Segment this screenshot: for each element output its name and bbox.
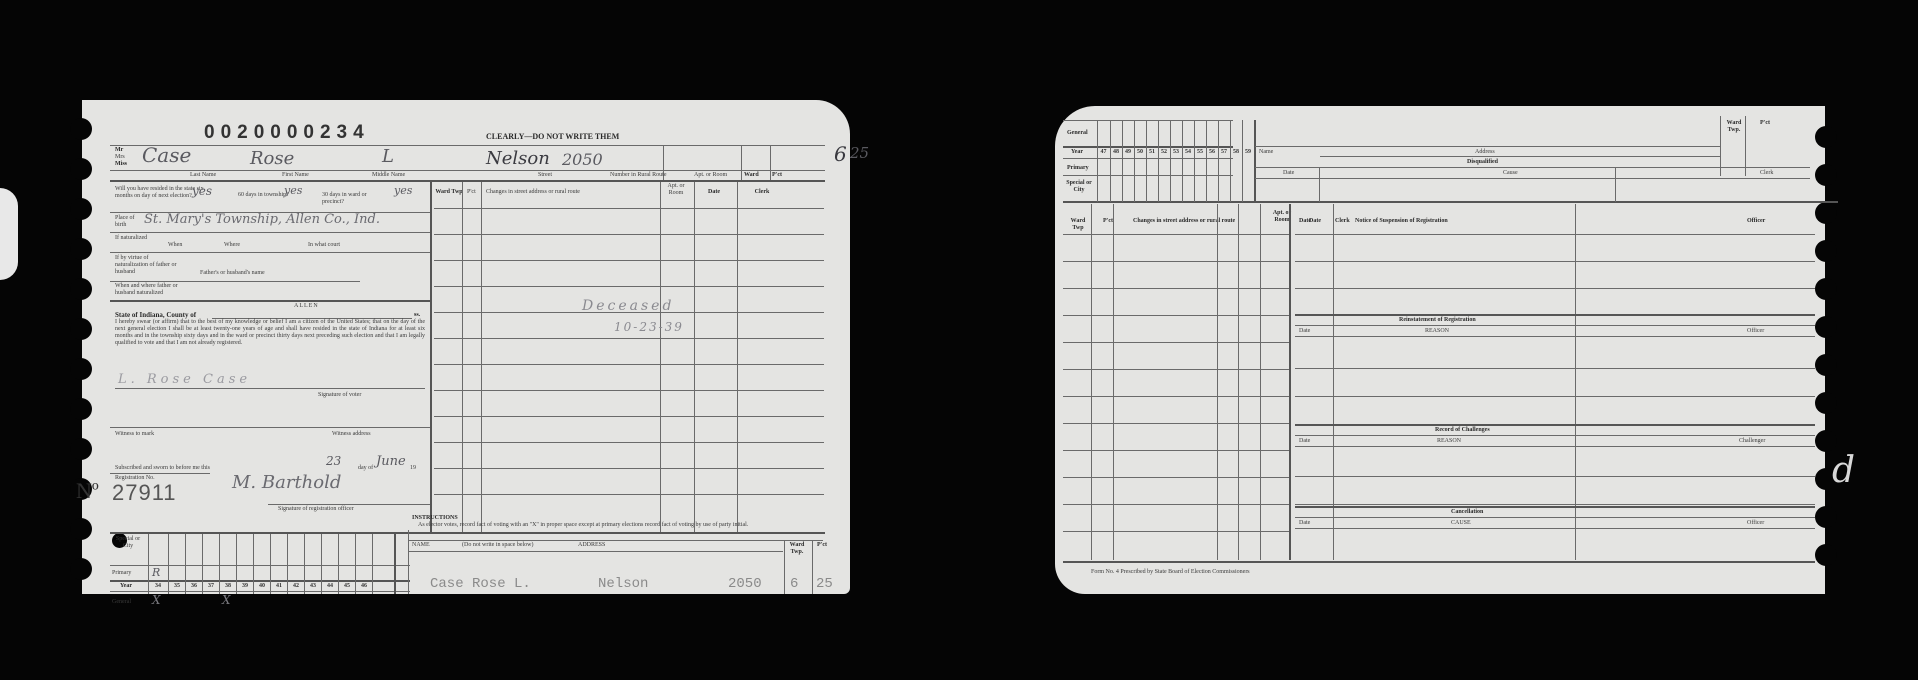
rule bbox=[812, 540, 813, 594]
rule bbox=[110, 252, 430, 253]
rule bbox=[1063, 120, 1233, 121]
rule bbox=[110, 170, 825, 171]
rule bbox=[1170, 120, 1171, 202]
year-55: 55 bbox=[1194, 149, 1206, 155]
rule bbox=[430, 182, 432, 532]
rule bbox=[1295, 288, 1815, 289]
rule bbox=[1295, 517, 1815, 518]
first-name-value: Rose bbox=[250, 148, 294, 169]
instructions-name-label: NAME bbox=[412, 542, 430, 549]
table-row-divider bbox=[434, 286, 824, 287]
year-48: 48 bbox=[1110, 149, 1122, 155]
rule bbox=[408, 551, 783, 552]
reinstatement-reason-label: REASON bbox=[1425, 328, 1449, 335]
rule bbox=[1255, 167, 1810, 168]
table-row-divider bbox=[1063, 369, 1289, 370]
rule bbox=[1242, 120, 1243, 202]
rule bbox=[1063, 146, 1233, 148]
card-notch bbox=[1815, 544, 1837, 566]
table-row-divider bbox=[434, 208, 824, 209]
year-40: 40 bbox=[255, 583, 269, 589]
rule bbox=[1254, 120, 1256, 202]
rule bbox=[1295, 368, 1815, 369]
first-name-label: First Name bbox=[282, 172, 309, 179]
pct-value: 25 bbox=[850, 144, 869, 162]
naturalized-label: If naturalized bbox=[115, 235, 151, 242]
rule bbox=[1615, 167, 1616, 202]
reinstatement-officer-label: Officer bbox=[1747, 328, 1764, 335]
year-52: 52 bbox=[1158, 149, 1170, 155]
pct-label: P'ct bbox=[772, 172, 782, 179]
rule bbox=[1113, 204, 1114, 560]
voter-signature-label: Signature of voter bbox=[318, 392, 361, 399]
changes-header-date: Date bbox=[698, 189, 730, 196]
rule bbox=[1295, 234, 1815, 235]
number-label: Number in Rural Route bbox=[610, 172, 667, 179]
changes-header-address: Changes in street address or rural route bbox=[486, 189, 580, 196]
table-row-divider bbox=[1063, 531, 1289, 532]
father-naturalized-label: When and where father or husband natural… bbox=[115, 283, 197, 297]
challenges-reason-label: REASON bbox=[1437, 438, 1461, 445]
rule bbox=[1295, 314, 1815, 316]
instructions-title: INSTRUCTIONS bbox=[412, 515, 458, 522]
voting-row-year: Year bbox=[1071, 149, 1083, 156]
rule bbox=[168, 534, 169, 594]
state-county-label: State of Indiana, County of bbox=[115, 311, 196, 319]
changes-header-clerk: Clerk bbox=[742, 189, 782, 196]
rule bbox=[1063, 561, 1815, 563]
rule bbox=[110, 532, 825, 534]
rule bbox=[110, 180, 825, 182]
table-row-divider bbox=[1063, 423, 1289, 424]
changes-header-pct: P'ct bbox=[1103, 218, 1113, 225]
rule bbox=[1295, 504, 1815, 505]
year-47: 47 bbox=[1097, 149, 1110, 155]
card-notch bbox=[70, 398, 92, 420]
birth-label: Place of birth bbox=[115, 215, 145, 229]
number-value: 2050 bbox=[562, 150, 603, 169]
year-43: 43 bbox=[306, 583, 320, 589]
cancellation-cause-label: CAUSE bbox=[1451, 520, 1471, 527]
changes-header-ward: Ward Twp bbox=[1065, 218, 1091, 232]
suspension-officer-label: Officer bbox=[1747, 218, 1765, 225]
rule bbox=[1097, 120, 1098, 202]
year-54: 54 bbox=[1182, 149, 1194, 155]
voting-row-special: Special or City bbox=[112, 536, 144, 550]
card-notch bbox=[1815, 430, 1837, 452]
rule bbox=[408, 540, 823, 541]
typed-street: Nelson bbox=[598, 576, 648, 592]
year-57: 57 bbox=[1218, 149, 1230, 155]
table-row-divider bbox=[434, 234, 824, 235]
challenges-challenger-label: Challenger bbox=[1739, 438, 1765, 445]
instructions-pct-label: P'ct bbox=[817, 542, 827, 549]
disqualified-cause-label: Cause bbox=[1503, 170, 1518, 177]
rule bbox=[268, 504, 430, 505]
rule bbox=[1295, 261, 1815, 262]
oath-text: I hereby swear (or affirm) that to the b… bbox=[115, 319, 425, 347]
card-notch bbox=[70, 118, 92, 140]
instructions-address-label: ADDRESS bbox=[578, 542, 605, 549]
rule bbox=[770, 145, 771, 180]
registration-number: 27911 bbox=[112, 480, 177, 506]
general-mark-34: X bbox=[152, 593, 161, 607]
rule bbox=[1295, 435, 1815, 436]
typed-name: Case Rose L. bbox=[430, 576, 531, 592]
rule bbox=[110, 580, 410, 582]
witness-label: Witness to mark bbox=[115, 431, 154, 438]
rule bbox=[253, 534, 254, 594]
card-notch bbox=[1815, 506, 1837, 528]
title-miss: Miss bbox=[115, 161, 127, 168]
card-notch bbox=[70, 278, 92, 300]
year-56: 56 bbox=[1206, 149, 1218, 155]
table-row-divider bbox=[434, 416, 824, 417]
rule bbox=[148, 534, 149, 594]
rule bbox=[1230, 120, 1231, 202]
rule bbox=[202, 534, 203, 594]
rule bbox=[1260, 204, 1261, 560]
serial-stamp: 0020000234 bbox=[204, 122, 370, 144]
challenges-date-label: Date bbox=[1299, 438, 1310, 445]
rule bbox=[355, 534, 356, 594]
changes-header-ward: Ward Twp bbox=[434, 189, 464, 196]
year-39: 39 bbox=[238, 583, 252, 589]
rule bbox=[1218, 120, 1219, 202]
card-notch bbox=[70, 358, 92, 380]
year-49: 49 bbox=[1122, 149, 1134, 155]
rule bbox=[1182, 120, 1183, 202]
rule bbox=[110, 232, 430, 233]
rule bbox=[1319, 167, 1320, 202]
sworn-month: June bbox=[376, 454, 406, 469]
ss-label: ss. bbox=[414, 312, 420, 319]
year-42: 42 bbox=[289, 583, 303, 589]
rule bbox=[1091, 204, 1092, 560]
year-51: 51 bbox=[1146, 149, 1158, 155]
ward-answer: yes bbox=[394, 184, 412, 197]
ward-question: 30 days in ward or precinct? bbox=[322, 192, 384, 206]
voting-row-general: General bbox=[112, 599, 131, 606]
rule bbox=[236, 534, 237, 594]
typed-pct: 25 bbox=[816, 576, 833, 592]
middle-name-label: Middle Name bbox=[372, 172, 405, 179]
rule bbox=[1295, 336, 1815, 337]
rule bbox=[1295, 325, 1815, 326]
rule bbox=[115, 388, 425, 389]
general-mark-38: X bbox=[222, 593, 231, 607]
instructions-ward-label: Ward Twp. bbox=[787, 542, 807, 556]
year-38: 38 bbox=[221, 583, 235, 589]
rule bbox=[185, 534, 186, 594]
rule bbox=[1295, 506, 1815, 508]
table-row-divider bbox=[434, 494, 824, 495]
disqualified-date-label: Date bbox=[1283, 170, 1294, 177]
table-row-divider bbox=[434, 442, 824, 443]
street-value: Nelson bbox=[486, 148, 550, 169]
table-row-divider bbox=[1063, 261, 1289, 262]
card-notch bbox=[70, 438, 92, 460]
last-name-label: Last Name bbox=[190, 172, 216, 179]
year-59: 59 bbox=[1242, 149, 1254, 155]
year-44: 44 bbox=[323, 583, 337, 589]
rule bbox=[1295, 424, 1815, 426]
table-row-divider bbox=[1063, 288, 1289, 289]
year-53: 53 bbox=[1170, 149, 1182, 155]
cancellation-title: Cancellation bbox=[1451, 509, 1483, 516]
changes-header-clerk: Clerk bbox=[1335, 218, 1350, 225]
table-row-divider bbox=[1063, 477, 1289, 478]
voting-row-primary: Primary bbox=[112, 570, 131, 577]
naturalized-where-label: Where bbox=[224, 242, 240, 249]
address-label: Address bbox=[1475, 149, 1495, 156]
form-footer: Form No. 4 Prescribed by State Board of … bbox=[1091, 569, 1250, 576]
voter-signature: L. Rose Case bbox=[118, 372, 251, 387]
title-mr: Mr bbox=[115, 147, 123, 154]
cancellation-date-label: Date bbox=[1299, 520, 1310, 527]
suspension-title: Notice of Suspension of Registration bbox=[1355, 218, 1448, 225]
rule bbox=[1295, 446, 1815, 447]
rule bbox=[219, 534, 220, 594]
birth-value: St. Mary's Township, Allen Co., Ind. bbox=[144, 212, 380, 227]
rule bbox=[110, 473, 210, 474]
last-name-value: Case bbox=[142, 143, 191, 167]
rule bbox=[1146, 120, 1147, 202]
rule bbox=[110, 300, 430, 302]
disqualified-clerk-label: Clerk bbox=[1760, 170, 1773, 177]
year-58: 58 bbox=[1230, 149, 1242, 155]
county-value: ALLEN bbox=[294, 303, 319, 310]
typed-number: 2050 bbox=[728, 576, 762, 592]
instructions-do-not-write: (Do not write in space below) bbox=[462, 542, 533, 549]
rule bbox=[1295, 396, 1815, 397]
change-entry-date: 10-23-39 bbox=[614, 320, 684, 334]
rule bbox=[110, 591, 410, 592]
rule bbox=[1134, 120, 1135, 202]
rule bbox=[1206, 120, 1207, 202]
rule bbox=[1194, 120, 1195, 202]
witness-address-label: Witness address bbox=[332, 431, 371, 438]
officer-signature-label: Signature of registration officer bbox=[278, 506, 354, 513]
year-41: 41 bbox=[272, 583, 286, 589]
rule bbox=[1158, 120, 1159, 202]
table-row-divider bbox=[1063, 342, 1289, 343]
rule bbox=[1320, 156, 1720, 157]
rule bbox=[1255, 146, 1720, 147]
card-notch bbox=[70, 318, 92, 340]
rule bbox=[1122, 120, 1123, 202]
table-row-divider bbox=[434, 468, 824, 469]
rule bbox=[1238, 204, 1239, 560]
card-notch bbox=[1815, 316, 1837, 338]
rule bbox=[270, 534, 271, 594]
table-row-divider bbox=[434, 390, 824, 391]
card-notch bbox=[70, 198, 92, 220]
table-row-divider bbox=[1063, 504, 1289, 505]
card-notch bbox=[1815, 164, 1837, 186]
suspension-date-label: Date bbox=[1299, 218, 1311, 225]
naturalized-when-label: When bbox=[168, 242, 182, 249]
rule bbox=[372, 534, 373, 594]
table-row-divider bbox=[434, 338, 824, 339]
rule bbox=[338, 534, 339, 594]
voting-row-special: Special or City bbox=[1065, 180, 1093, 194]
reinstatement-date-label: Date bbox=[1299, 328, 1310, 335]
state-residence-answer: yes bbox=[192, 184, 212, 198]
rule bbox=[304, 534, 305, 594]
title-mrs: Mrs bbox=[115, 154, 125, 161]
year-37: 37 bbox=[204, 583, 218, 589]
voting-row-primary: Primary bbox=[1067, 165, 1089, 172]
pct-label: P'ct bbox=[1760, 120, 1770, 127]
table-row-divider bbox=[1063, 396, 1289, 397]
table-row-divider bbox=[434, 260, 824, 261]
instructions-text: As elector votes, record fact of voting … bbox=[418, 522, 818, 529]
year-35: 35 bbox=[170, 583, 184, 589]
table-row-divider bbox=[434, 364, 824, 365]
reinstatement-title: Reinstatement of Registration bbox=[1399, 317, 1476, 324]
rule bbox=[1289, 204, 1291, 560]
registration-card-back: General Year Primary Special or City 47 … bbox=[1055, 106, 1825, 594]
rule bbox=[394, 534, 396, 594]
voting-row-year: Year bbox=[120, 583, 132, 590]
subscribed-label: Subscribed and sworn to before me this bbox=[115, 465, 210, 472]
street-label: Street bbox=[538, 172, 552, 179]
rule bbox=[1255, 178, 1810, 179]
officer-signature: M. Barthold bbox=[232, 472, 341, 493]
rule bbox=[321, 534, 322, 594]
year-45: 45 bbox=[340, 583, 354, 589]
rule bbox=[1063, 158, 1233, 159]
card-notch bbox=[1815, 126, 1837, 148]
card-notch bbox=[70, 518, 92, 540]
adjacent-card-edge bbox=[0, 188, 18, 280]
middle-name-value: L bbox=[382, 146, 394, 167]
township-answer: yes bbox=[284, 184, 302, 197]
rule bbox=[408, 530, 409, 594]
stray-mark: d bbox=[1832, 450, 1855, 491]
card-notch bbox=[1815, 240, 1837, 262]
rule bbox=[110, 427, 430, 428]
table-row-divider bbox=[1063, 234, 1289, 235]
year-50: 50 bbox=[1134, 149, 1146, 155]
year-46: 46 bbox=[357, 583, 371, 589]
year-36: 36 bbox=[187, 583, 201, 589]
rule bbox=[1295, 528, 1815, 529]
changes-header-apt: Apt. or Room bbox=[662, 183, 690, 197]
year-34: 34 bbox=[151, 583, 165, 589]
rule bbox=[110, 145, 825, 146]
card-notch bbox=[1815, 278, 1837, 300]
ward-value: 6 bbox=[834, 142, 847, 166]
rule bbox=[1063, 201, 1838, 203]
card-notch bbox=[1815, 392, 1837, 414]
change-entry-deceased: Deceased bbox=[582, 298, 674, 314]
rule bbox=[287, 534, 288, 594]
card-notch bbox=[70, 158, 92, 180]
rule bbox=[1217, 204, 1218, 560]
card-notch bbox=[1815, 202, 1837, 224]
year-prefix: 19 bbox=[410, 465, 416, 472]
by-virtue-label: If by virtue of naturalization of father… bbox=[115, 255, 177, 276]
day-of-label: day of bbox=[358, 465, 373, 472]
card-notch bbox=[1815, 354, 1837, 376]
name-label: Name bbox=[1259, 149, 1273, 156]
header-instruction: CLEARLY—DO NOT WRITE THEM bbox=[486, 133, 619, 141]
changes-header-pct: P'ct bbox=[467, 189, 476, 196]
challenges-title: Record of Challenges bbox=[1435, 427, 1490, 434]
rule bbox=[1295, 476, 1815, 477]
rule bbox=[1110, 120, 1111, 202]
cancellation-officer-label: Officer bbox=[1747, 520, 1764, 527]
changes-header-address: Changes in street address or rural route bbox=[1133, 218, 1235, 225]
voting-row-general: General bbox=[1067, 130, 1088, 137]
card-notch bbox=[70, 558, 92, 580]
rule bbox=[1063, 175, 1233, 176]
sworn-day: 23 bbox=[326, 454, 341, 468]
rule bbox=[110, 281, 360, 282]
father-name-label: Father's or husband's name bbox=[200, 270, 265, 277]
registration-card-front: 0020000234 CLEARLY—DO NOT WRITE THEM Mr … bbox=[82, 100, 850, 594]
naturalized-court-label: In what court bbox=[308, 242, 340, 249]
number-symbol: Nº bbox=[76, 478, 99, 504]
table-row-divider bbox=[1063, 315, 1289, 316]
rule bbox=[784, 540, 785, 594]
disqualified-label: Disqualified bbox=[1467, 159, 1498, 166]
ward-label: Ward bbox=[744, 172, 759, 179]
rule bbox=[741, 145, 742, 180]
apt-label: Apt. or Room bbox=[694, 172, 727, 179]
typed-ward: 6 bbox=[790, 576, 798, 592]
card-notch bbox=[70, 238, 92, 260]
ward-twp-label: Ward Twp. bbox=[1723, 120, 1745, 134]
primary-mark-34: R bbox=[152, 566, 160, 579]
table-row-divider bbox=[1063, 450, 1289, 451]
